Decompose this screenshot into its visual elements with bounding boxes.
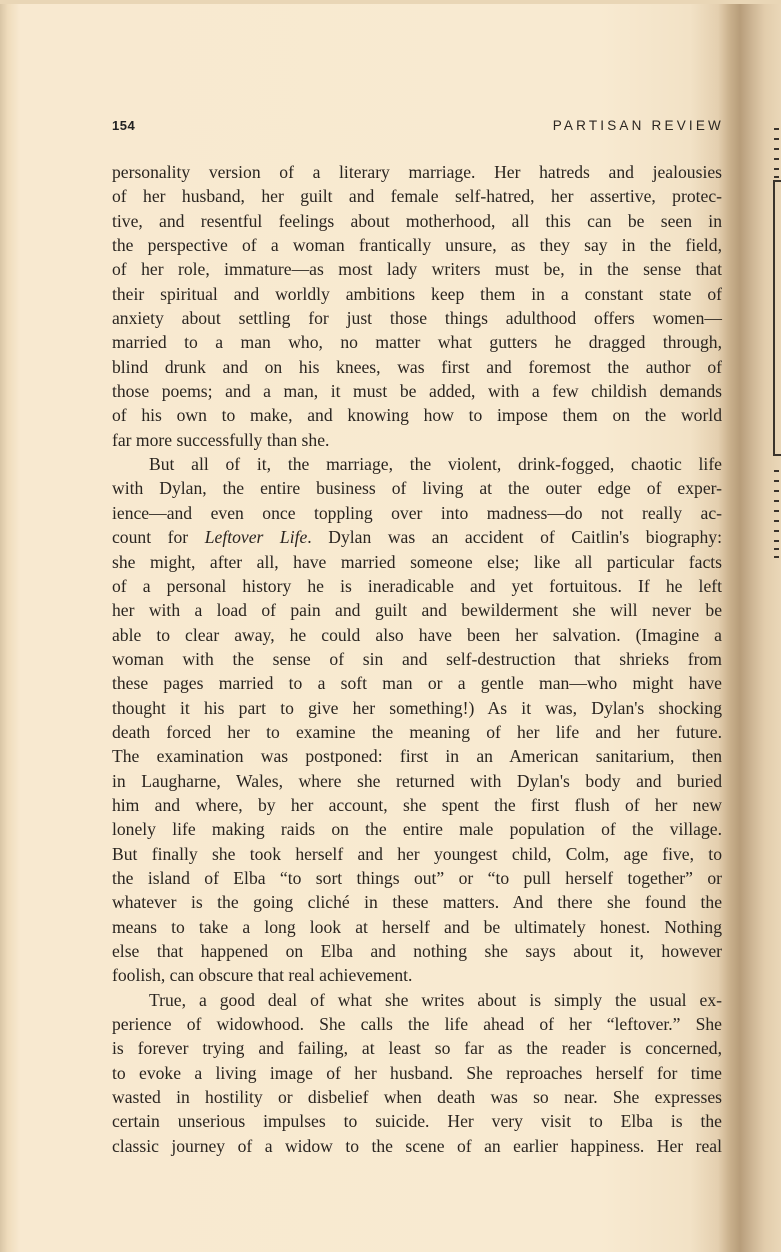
edge-tick-mark xyxy=(774,540,779,542)
page-top-edge xyxy=(0,0,781,4)
book-page: 154 PARTISAN REVIEW personality version … xyxy=(0,0,781,1252)
text-line: their spiritual and worldly ambitions ke… xyxy=(112,282,722,306)
edge-tick-mark xyxy=(774,510,779,512)
text-line: certain unserious impulses to suicide. H… xyxy=(112,1109,722,1133)
text-line: But all of it, the marriage, the violent… xyxy=(112,452,722,476)
text-line: the island of Elba “to sort things out” … xyxy=(112,866,722,890)
edge-tick-mark xyxy=(774,548,779,550)
text-line: True, a good deal of what she writes abo… xyxy=(112,988,722,1012)
text-line: blind drunk and on his knees, was first … xyxy=(112,355,722,379)
text-line: of her husband, her guilt and female sel… xyxy=(112,184,722,208)
text-line: thought it his part to give her somethin… xyxy=(112,696,722,720)
edge-tick-mark xyxy=(774,128,779,130)
edge-tick-mark xyxy=(774,138,779,140)
running-head: PARTISAN REVIEW xyxy=(553,118,724,133)
text-line: anxiety about settling for just those th… xyxy=(112,306,722,330)
paragraph: True, a good deal of what she writes abo… xyxy=(112,988,722,1158)
text-line: of his own to make, and knowing how to i… xyxy=(112,403,722,427)
text-line: of her role, immature—as most lady write… xyxy=(112,257,722,281)
text-line: in Laugharne, Wales, where she returned … xyxy=(112,769,722,793)
text-line: The examination was postponed: first in … xyxy=(112,744,722,768)
text-line: classic journey of a widow to the scene … xyxy=(112,1134,722,1158)
edge-tick-mark xyxy=(774,500,779,502)
text-line: whatever is the going cliché in these ma… xyxy=(112,890,722,914)
italic-title: Leftover Life xyxy=(205,527,308,547)
text-line: perience of widowhood. She calls the lif… xyxy=(112,1012,722,1036)
text-line: is forever trying and failing, at least … xyxy=(112,1036,722,1060)
text-line: woman with the sense of sin and self-des… xyxy=(112,647,722,671)
edge-tick-mark xyxy=(774,158,779,160)
text-line: lonely life making raids on the entire m… xyxy=(112,817,722,841)
text-line: of a personal history he is ineradicable… xyxy=(112,574,722,598)
text-line: count for Leftover Life. Dylan was an ac… xyxy=(112,525,722,549)
text-line: the perspective of a woman frantically u… xyxy=(112,233,722,257)
text-line: these pages married to a soft man or a g… xyxy=(112,671,722,695)
text-line: ience—and even once toppling over into m… xyxy=(112,501,722,525)
text-line: else that happened on Elba and nothing s… xyxy=(112,939,722,963)
text-line: personality version of a literary marria… xyxy=(112,160,722,184)
next-page-bracket-mark xyxy=(773,180,781,456)
text-line: she might, after all, have married someo… xyxy=(112,550,722,574)
text-line: able to clear away, he could also have b… xyxy=(112,623,722,647)
edge-tick-mark xyxy=(774,176,779,178)
text-line: to evoke a living image of her husband. … xyxy=(112,1061,722,1085)
text-line: her with a load of pain and guilt and be… xyxy=(112,598,722,622)
text-line: him and where, by her account, she spent… xyxy=(112,793,722,817)
text-line: foolish, can obscure that real achieveme… xyxy=(112,963,722,987)
page-number: 154 xyxy=(112,118,135,133)
text-line: far more successfully than she. xyxy=(112,428,722,452)
edge-tick-mark xyxy=(774,530,779,532)
edge-tick-mark xyxy=(774,520,779,522)
edge-tick-mark xyxy=(774,480,779,482)
edge-tick-mark xyxy=(774,168,779,170)
text-line: wasted in hostility or disbelief when de… xyxy=(112,1085,722,1109)
edge-tick-mark xyxy=(774,490,779,492)
paragraph: But all of it, the marriage, the violent… xyxy=(112,452,722,988)
text-line: married to a man who, no matter what gut… xyxy=(112,330,722,354)
next-page-edge-marks xyxy=(772,0,781,1252)
edge-tick-mark xyxy=(774,470,779,472)
text-line: those poems; and a man, it must be added… xyxy=(112,379,722,403)
page-header: 154 PARTISAN REVIEW xyxy=(112,118,722,138)
text-line: death forced her to examine the meaning … xyxy=(112,720,722,744)
text-line: means to take a long look at herself and… xyxy=(112,915,722,939)
edge-tick-mark xyxy=(774,148,779,150)
text-line: But finally she took herself and her you… xyxy=(112,842,722,866)
paragraph: personality version of a literary marria… xyxy=(112,160,722,452)
body-text: personality version of a literary marria… xyxy=(112,160,722,1158)
text-line: with Dylan, the entire business of livin… xyxy=(112,476,722,500)
text-line: tive, and resentful feelings about mothe… xyxy=(112,209,722,233)
edge-tick-mark xyxy=(774,556,779,558)
